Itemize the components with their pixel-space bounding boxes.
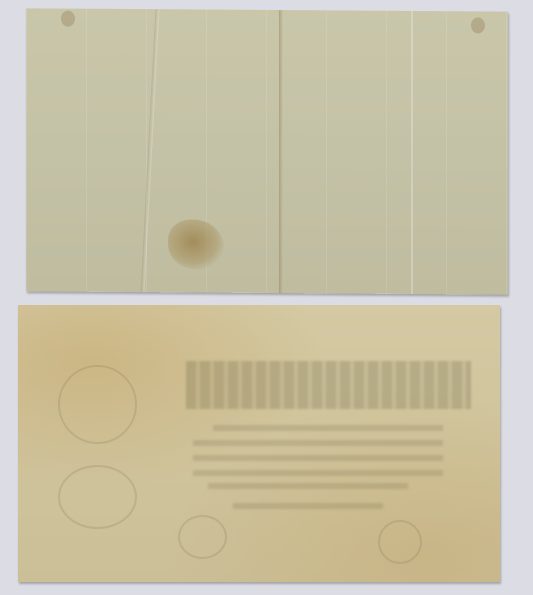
- show-through-text: [193, 455, 443, 461]
- show-through-text: [208, 483, 408, 489]
- fold-line: [279, 10, 283, 293]
- show-through-title: [186, 361, 471, 409]
- banknote-bottom: [18, 305, 500, 582]
- stain: [61, 11, 75, 27]
- show-through-text: [193, 470, 443, 476]
- show-through-text: [233, 503, 383, 509]
- show-through-text: [213, 425, 443, 431]
- fold-line: [411, 11, 413, 294]
- fold-line: [141, 9, 160, 292]
- stain: [471, 17, 485, 33]
- show-through-seal: [58, 465, 137, 529]
- banknote-top: [26, 8, 508, 294]
- show-through-text: [193, 440, 443, 446]
- stain: [168, 219, 224, 269]
- show-through-seal: [58, 365, 137, 444]
- show-through-numeral: [178, 515, 227, 559]
- show-through-numeral: [378, 520, 422, 564]
